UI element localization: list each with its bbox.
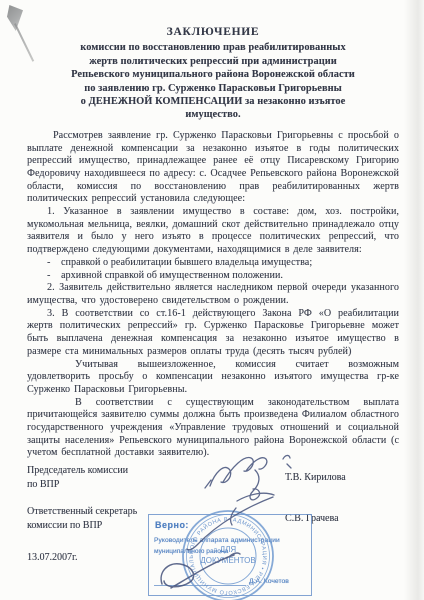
list-item-text: архивной справкой об имущественном полож… xyxy=(61,270,283,283)
list-item-text: справкой о реабилитации бывшего владельц… xyxy=(61,257,312,270)
paragraph-payment: В соответствии с существующим законодате… xyxy=(27,397,399,461)
document-body: Рассмотрев заявление гр. Сурженко Параск… xyxy=(27,130,399,460)
scan-edge-shadow xyxy=(404,0,424,600)
scanned-document-page: ЗАКЛЮЧЕНИЕ комиссии по восстановлению пр… xyxy=(0,0,424,600)
stamp-role-line-2: муниципального района xyxy=(154,548,228,555)
header-line-4: по заявлению гр. Сурженко Парасковьи Гри… xyxy=(27,82,399,95)
signer-name: Т.В. Кирилова xyxy=(285,471,346,485)
stamp-verified-label: Верно: xyxy=(155,520,189,530)
header-line-6: имущество. xyxy=(27,108,399,121)
paragraph-resolution: Учитывая вышеизложенное, комиссия считае… xyxy=(27,359,399,397)
document-title: ЗАКЛЮЧЕНИЕ xyxy=(27,26,399,39)
list-item-2: - архивной справкой об имущественном пол… xyxy=(27,270,399,283)
list-item-1: - справкой о реабилитации бывшего владел… xyxy=(27,257,399,270)
header-line-3: Репьевского муниципального района Вороне… xyxy=(27,68,399,81)
document-header: ЗАКЛЮЧЕНИЕ комиссии по восстановлению пр… xyxy=(27,26,399,122)
header-line-1: комиссии по восстановлению прав реабилит… xyxy=(27,41,399,54)
document-date: 13.07.2007г. xyxy=(27,552,77,563)
header-line-2: жертв политических репрессий при админис… xyxy=(27,55,399,68)
stamp-signature-line xyxy=(154,585,246,586)
certification-stamp: Верно: Руководитель аппарата администрац… xyxy=(148,514,312,596)
stamp-role-line-1: Руководитель аппарата администрации xyxy=(154,537,280,544)
header-line-5: о ДЕНЕЖНОЙ КОМПЕНСАЦИИ за незаконно изъя… xyxy=(27,95,399,108)
stamp-official-name: Д.А. Кочетов xyxy=(249,578,289,585)
document-content: ЗАКЛЮЧЕНИЕ комиссии по восстановлению пр… xyxy=(27,26,399,460)
paragraph-intro: Рассмотрев заявление гр. Сурженко Параск… xyxy=(27,130,399,206)
signature-row-chairman: Председатель комиссии по ВПР Т.В. Кирило… xyxy=(27,464,399,492)
bullet-dash: - xyxy=(47,270,61,283)
paragraph-item-3: 3. В соответствии со ст.16-1 действующег… xyxy=(27,308,399,359)
paragraph-item-2: 2. Заявитель действительно является насл… xyxy=(27,282,399,307)
bullet-dash: - xyxy=(47,257,61,270)
paragraph-item-1: 1. Указанное в заявлении имущество в сос… xyxy=(27,206,399,257)
